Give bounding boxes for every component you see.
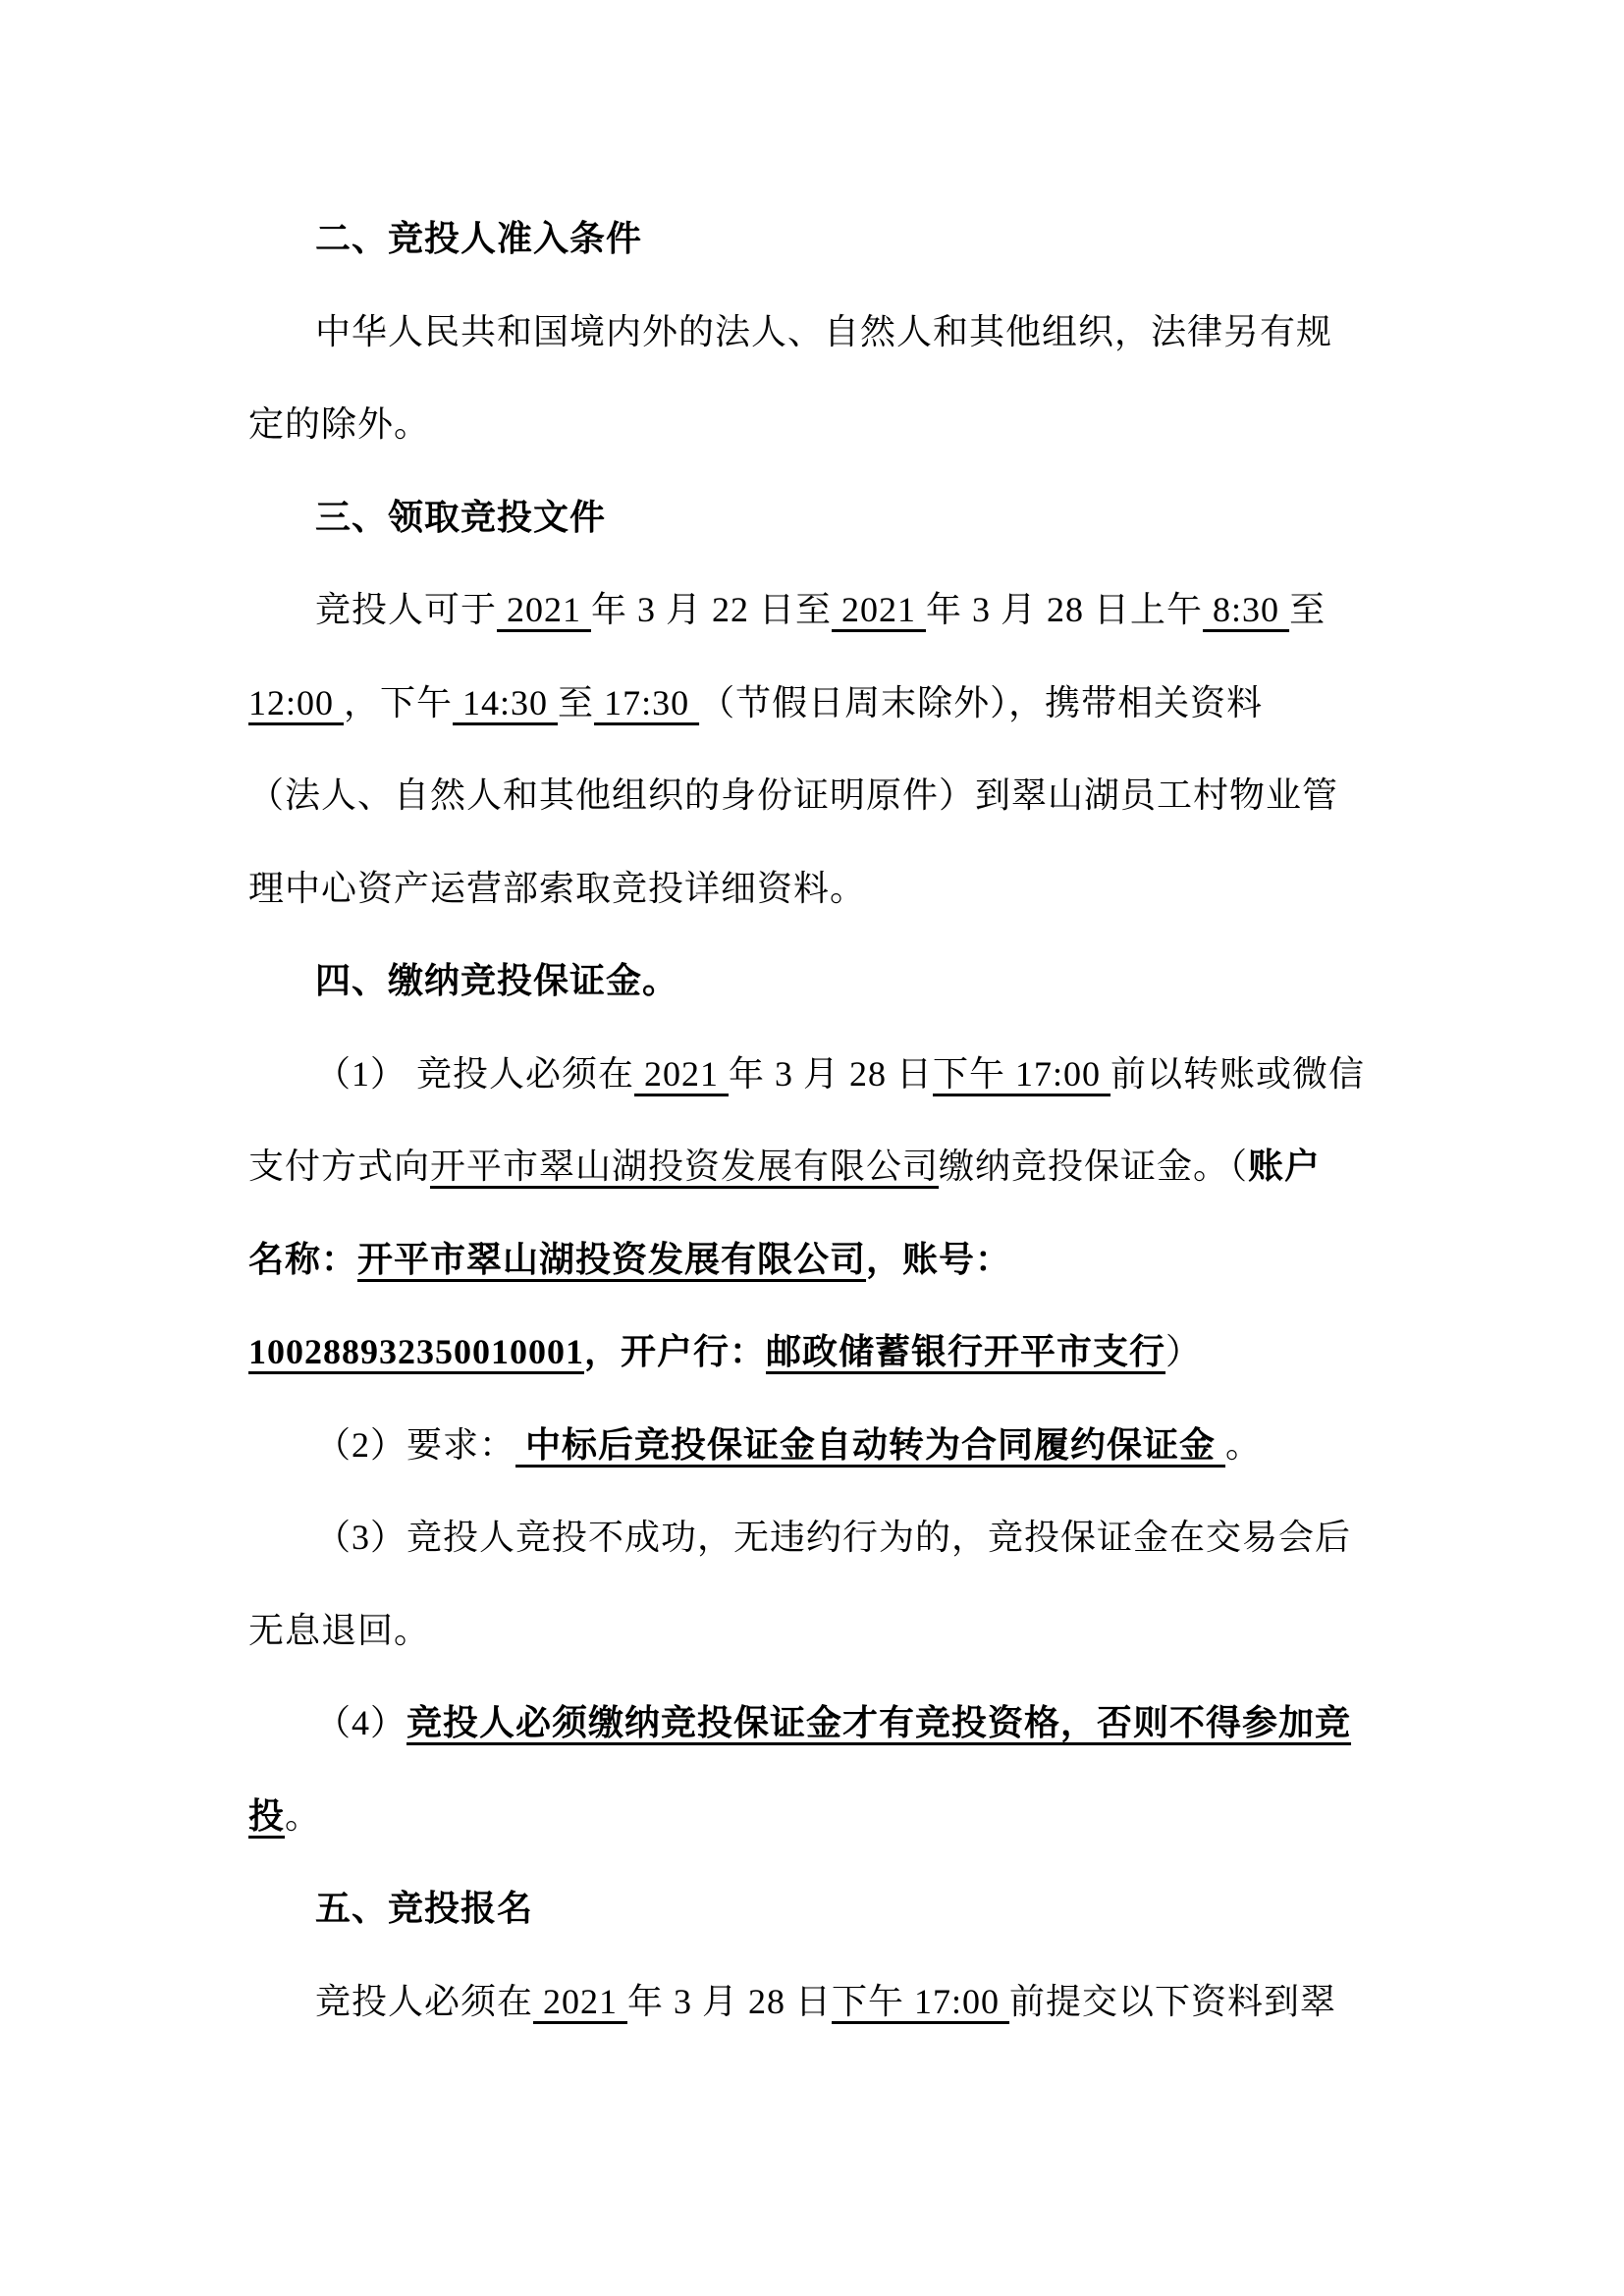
bold-text-run: 四、缴纳竞投保证金。: [315, 961, 678, 1000]
underlined-text-run: 8:30: [1203, 590, 1289, 629]
underlined-text-run: 12:00: [248, 683, 344, 722]
text-run: 中华人民共和国境内外的法人、自然人和其他组织，法律另有规: [315, 312, 1332, 351]
text-line: 无息退回。: [248, 1584, 1486, 1678]
underlined-text-run: 100288932350010001: [248, 1332, 584, 1371]
text-run: 缴纳竞投保证金。（: [939, 1147, 1248, 1186]
text-run: 无息退回。: [248, 1611, 430, 1650]
underlined-text-run: 下午 17:00: [832, 1982, 1009, 2021]
text-line: 竞投人必须在 2021 年 3 月 28 日下午 17:00 前提交以下资料到翠: [248, 1955, 1486, 2049]
section-heading: 四、缴纳竞投保证金。: [248, 934, 1486, 1028]
text-line: 100288932350010001，开户行：邮政储蓄银行开平市支行）: [248, 1306, 1486, 1399]
document-body: 二、竞投人准入条件中华人民共和国境内外的法人、自然人和其他组织，法律另有规定的除…: [248, 192, 1486, 2048]
text-run: 支付方式向: [248, 1147, 430, 1186]
text-run: （4）: [315, 1703, 406, 1742]
text-line: 名称：开平市翠山湖投资发展有限公司，账号：: [248, 1213, 1486, 1307]
text-run: 。: [285, 1796, 321, 1836]
section-heading: 二、竞投人准入条件: [248, 192, 1486, 286]
underlined-text-run: 开平市翠山湖投资发展有限公司: [430, 1147, 939, 1186]
underlined-text-run: 投: [248, 1796, 285, 1836]
text-line: 支付方式向开平市翠山湖投资发展有限公司缴纳竞投保证金。（账户: [248, 1120, 1486, 1213]
section-heading: 三、领取竞投文件: [248, 471, 1486, 564]
bold-text-run: 三、领取竞投文件: [315, 498, 606, 537]
text-run: 。: [1225, 1425, 1262, 1465]
text-line: 投。: [248, 1770, 1486, 1863]
text-run: 年 3 月 28 日: [627, 1982, 832, 2021]
text-line: 定的除外。: [248, 378, 1486, 471]
text-run: 理中心资产运营部索取竞投详细资料。: [248, 869, 866, 908]
bold-text-run: 二、竞投人准入条件: [315, 219, 642, 258]
text-line: （3）竞投人竞投不成功，无违约行为的，竞投保证金在交易会后: [248, 1491, 1486, 1584]
document-page: 二、竞投人准入条件中华人民共和国境内外的法人、自然人和其他组织，法律另有规定的除…: [0, 0, 1624, 2296]
underlined-text-run: 邮政储蓄银行开平市支行: [766, 1332, 1165, 1371]
text-run: （3）竞投人竞投不成功，无违约行为的，竞投保证金在交易会后: [315, 1518, 1351, 1557]
text-line: 中华人民共和国境内外的法人、自然人和其他组织，法律另有规: [248, 286, 1486, 379]
bold-text-run: 五、竞投报名: [315, 1889, 533, 1928]
text-run: （节假日周末除外），携带相关资料: [699, 683, 1263, 722]
text-line: （4）竞投人必须缴纳竞投保证金才有竞投资格，否则不得参加竞: [248, 1677, 1486, 1770]
bold-text-run: 账户: [1248, 1147, 1321, 1186]
section-heading: 五、竞投报名: [248, 1862, 1486, 1955]
underlined-text-run: 2021: [497, 590, 591, 629]
underlined-text-run: 竞投人必须缴纳竞投保证金才有竞投资格，否则不得参加竞: [406, 1703, 1351, 1742]
text-run: 年 3 月 22 日至: [591, 590, 832, 629]
text-run: 前以转账或微信: [1110, 1054, 1365, 1094]
text-run: （2）要求：: [315, 1425, 515, 1465]
bold-text-run: ，开户行：: [584, 1332, 766, 1371]
text-run: 竞投人必须在: [315, 1982, 533, 2021]
text-run: 前提交以下资料到翠: [1009, 1982, 1336, 2021]
text-run: 竞投人可于: [315, 590, 497, 629]
text-run: （1） 竞投人必须在: [315, 1054, 634, 1094]
text-run: ，下午: [344, 683, 453, 722]
text-run: 至: [558, 683, 594, 722]
underlined-text-run: 下午 17:00: [933, 1054, 1110, 1094]
text-run: 年 3 月 28 日: [729, 1054, 933, 1094]
text-line: （2）要求： 中标后竞投保证金自动转为合同履约保证金 。: [248, 1399, 1486, 1492]
text-run: 至: [1289, 590, 1326, 629]
underlined-text-run: 2021: [634, 1054, 729, 1094]
underlined-text-run: 2021: [832, 590, 926, 629]
text-run: （法人、自然人和其他组织的身份证明原件）到翠山湖员工村物业管: [248, 775, 1338, 815]
underlined-text-run: 开平市翠山湖投资发展有限公司: [357, 1240, 866, 1279]
text-line: 理中心资产运营部索取竞投详细资料。: [248, 842, 1486, 935]
text-run: ）: [1165, 1332, 1202, 1371]
bold-text-run: ，账号：: [866, 1240, 1011, 1279]
underlined-text-run: 中标后竞投保证金自动转为合同履约保证金: [515, 1425, 1225, 1465]
text-run: 年 3 月 28 日上午: [926, 590, 1203, 629]
text-run: 定的除外。: [248, 404, 430, 444]
text-line: （法人、自然人和其他组织的身份证明原件）到翠山湖员工村物业管: [248, 749, 1486, 842]
text-line: 竞投人可于 2021 年 3 月 22 日至 2021 年 3 月 28 日上午…: [248, 563, 1486, 657]
underlined-text-run: 14:30: [453, 683, 558, 722]
text-line: 12:00 ，下午 14:30 至 17:30 （节假日周末除外），携带相关资料: [248, 657, 1486, 750]
text-line: （1） 竞投人必须在 2021 年 3 月 28 日下午 17:00 前以转账或…: [248, 1028, 1486, 1121]
bold-text-run: 名称：: [248, 1240, 357, 1279]
underlined-text-run: 2021: [533, 1982, 627, 2021]
underlined-text-run: 17:30: [594, 683, 699, 722]
